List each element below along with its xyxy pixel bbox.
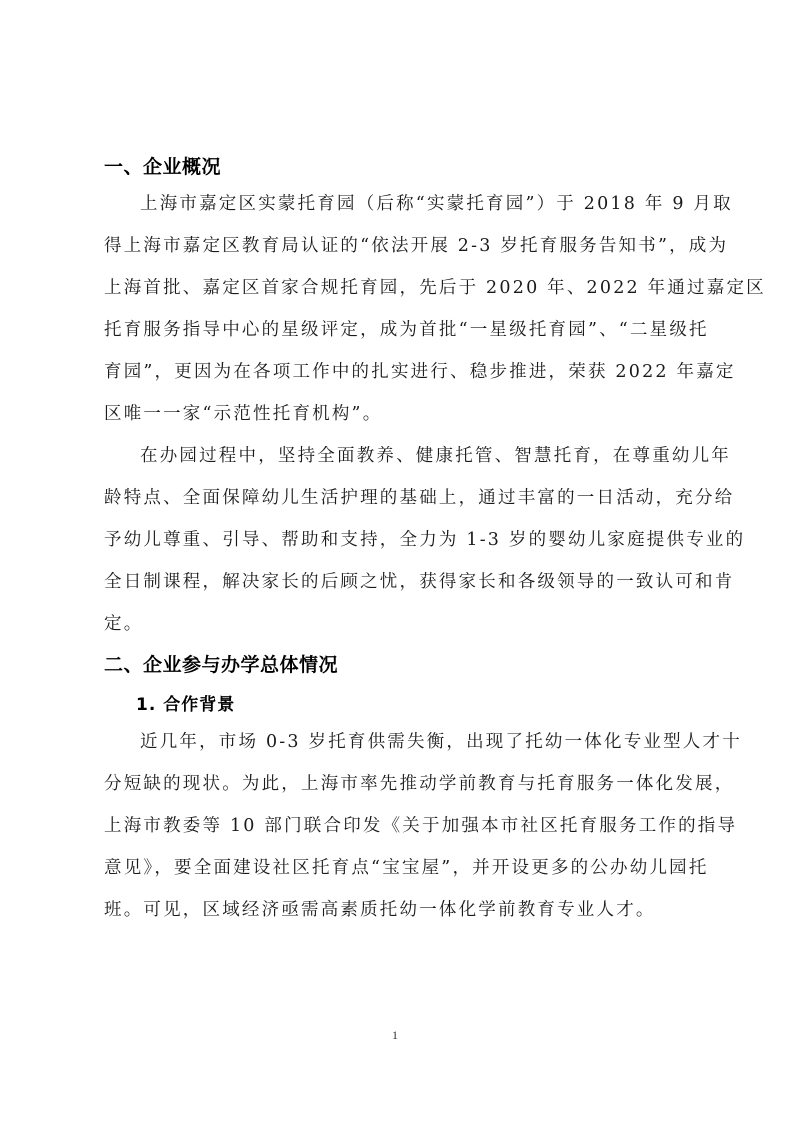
- paragraph-line: 上海首批、嘉定区首家合规托育园，先后于 2020 年、2022 年通过嘉定区: [104, 274, 692, 299]
- paragraph-line: 意见》，要全面建设社区托育点“宝宝屋”，并开设更多的公办幼儿园托: [104, 854, 692, 879]
- paragraph-line: 在办园过程中，坚持全面教养、健康托管、智慧托育，在尊重幼儿年: [140, 442, 692, 467]
- paragraph-line: 育园”，更因为在各项工作中的扎实进行、稳步推进，荣获 2022 年嘉定: [104, 358, 692, 383]
- document-page: 一、企业概况 上海市嘉定区实蒙托育园（后称“实蒙托育园”）于 2018 年 9 …: [0, 0, 793, 1122]
- page-number: 1: [392, 1028, 398, 1043]
- subsection-heading-background: 1. 合作背景: [136, 690, 235, 715]
- paragraph-line: 上海市嘉定区实蒙托育园（后称“实蒙托育园”）于 2018 年 9 月取: [140, 190, 692, 215]
- paragraph-line: 托育服务指导中心的星级评定，成为首批“一星级托育园”、“二星级托: [104, 316, 692, 341]
- paragraph-line: 予幼儿尊重、引导、帮助和支持，全力为 1-3 岁的婴幼儿家庭提供专业的: [104, 526, 692, 551]
- paragraph-line: 近几年，市场 0-3 岁托育供需失衡，出现了托幼一体化专业型人才十: [140, 728, 692, 753]
- paragraph-line: 上海市教委等 10 部门联合印发《关于加强本市社区托育服务工作的指导: [104, 812, 692, 837]
- paragraph-line: 定。: [104, 610, 692, 635]
- paragraph-line: 得上海市嘉定区教育局认证的“依法开展 2-3 岁托育服务告知书”，成为: [104, 232, 692, 257]
- paragraph-line: 班。可见，区域经济亟需高素质托幼一体化学前教育专业人才。: [104, 896, 692, 921]
- section-heading-participation: 二、企业参与办学总体情况: [104, 650, 338, 677]
- section-heading-overview: 一、企业概况: [104, 152, 221, 179]
- paragraph-line: 龄特点、全面保障幼儿生活护理的基础上，通过丰富的一日活动，充分给: [104, 484, 692, 509]
- paragraph-line: 全日制课程，解决家长的后顾之忧，获得家长和各级领导的一致认可和肯: [104, 568, 692, 593]
- paragraph-line: 区唯一一家“示范性托育机构”。: [104, 400, 692, 425]
- paragraph-line: 分短缺的现状。为此，上海市率先推动学前教育与托育服务一体化发展，: [104, 770, 692, 795]
